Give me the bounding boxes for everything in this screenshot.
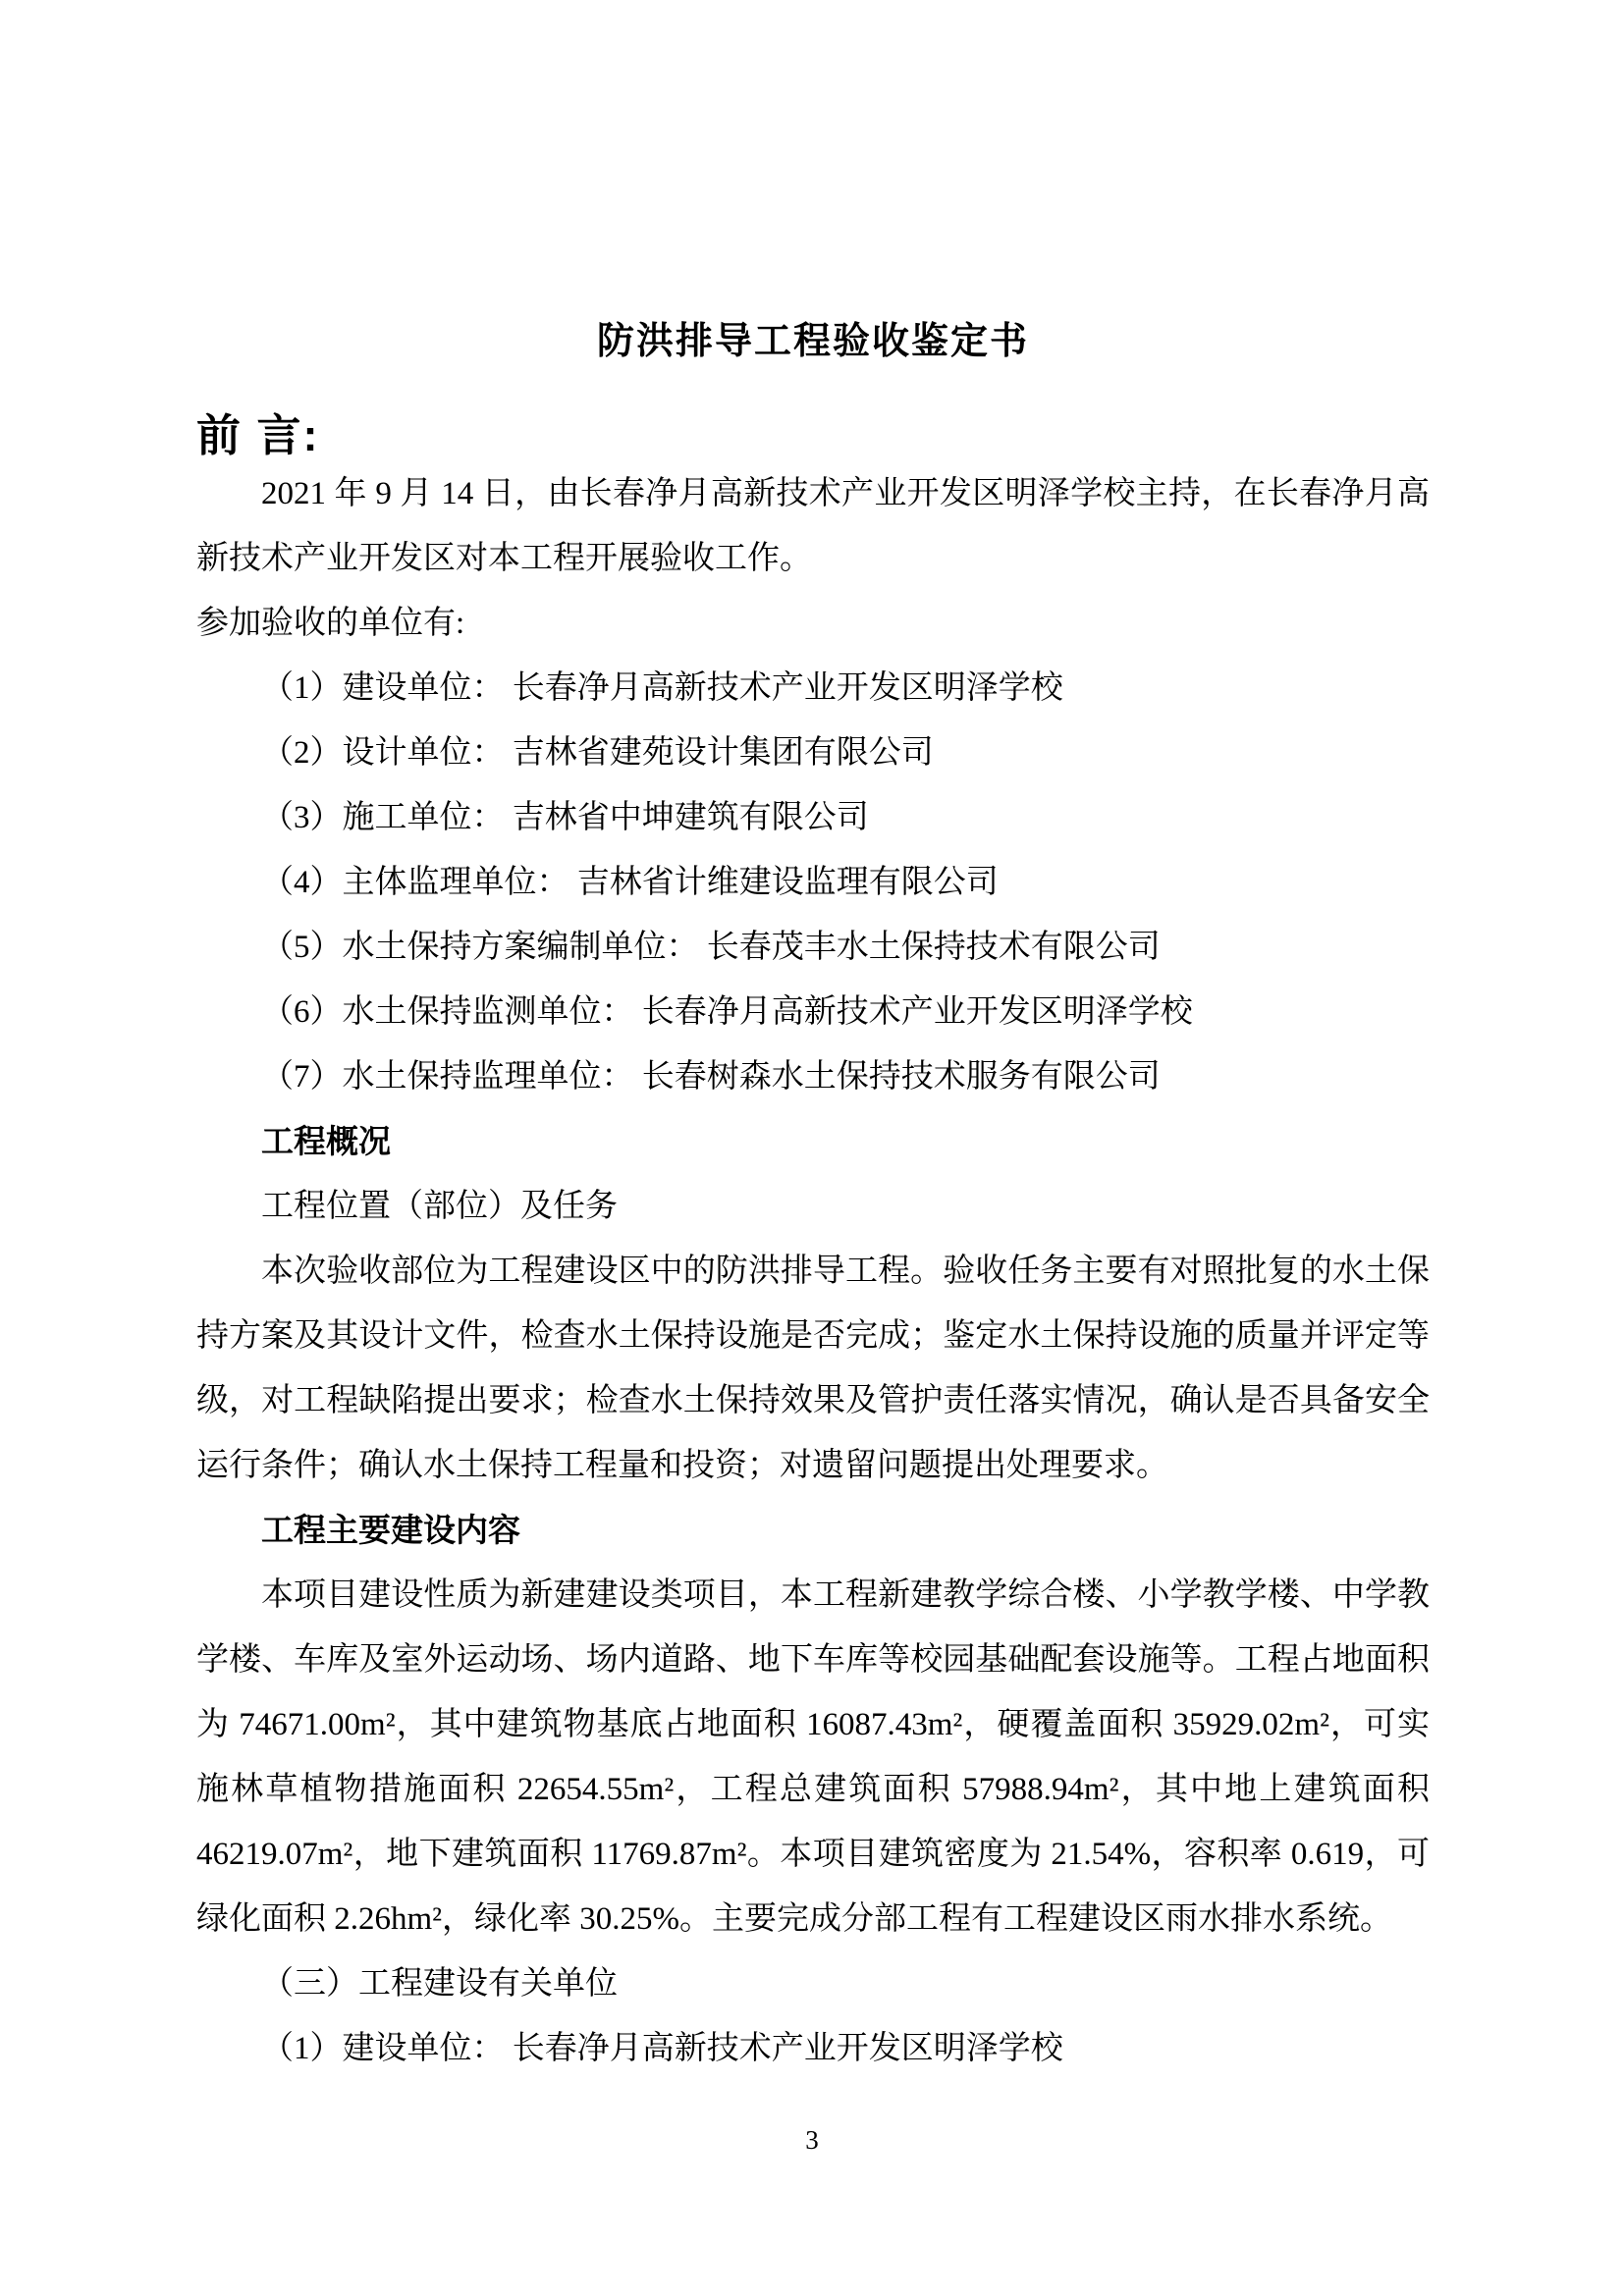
construction-line: 绿化面积 2.26hm²，绿化率 30.25%。主要完成分部工程有工程建设区雨水… <box>196 1887 1430 1951</box>
construction-heading: 工程主要建设内容 <box>196 1498 1430 1563</box>
document-content: 防洪排导工程验收鉴定书 前 言: 2021 年 9 月 14 日，由长春净月高新… <box>196 0 1430 2081</box>
unit-item-1: （1）建设单位： 长春净月高新技术产业开发区明泽学校 <box>196 656 1430 721</box>
unit-item-6: （6）水土保持监测单位： 长春净月高新技术产业开发区明泽学校 <box>196 980 1430 1044</box>
construction-line: 本项目建设性质为新建建设类项目，本工程新建教学综合楼、小学教学楼、中学教 <box>196 1563 1430 1628</box>
unit-item-3: （3）施工单位： 吉林省中坤建筑有限公司 <box>196 785 1430 850</box>
construction-line: 施林草植物措施面积 22654.55m²，工程总建筑面积 57988.94m²，… <box>196 1757 1430 1822</box>
foreword-heading: 前 言: <box>196 410 1430 461</box>
overview-subheading: 工程位置（部位）及任务 <box>196 1174 1430 1239</box>
overview-line: 运行条件；确认水土保持工程量和投资；对遗留问题提出处理要求。 <box>196 1433 1430 1498</box>
construction-line: 46219.07m²，地下建筑面积 11769.87m²。本项目建筑密度为 21… <box>196 1822 1430 1887</box>
unit-item-4: （4）主体监理单位： 吉林省计维建设监理有限公司 <box>196 850 1430 915</box>
construction-line: 学楼、车库及室外运动场、场内道路、地下车库等校园基础配套设施等。工程占地面积 <box>196 1628 1430 1692</box>
overview-line: 本次验收部位为工程建设区中的防洪排导工程。验收任务主要有对照批复的水土保 <box>196 1239 1430 1304</box>
overview-heading: 工程概况 <box>196 1109 1430 1174</box>
unit-item-2: （2）设计单位： 吉林省建苑设计集团有限公司 <box>196 721 1430 785</box>
foreword-line: 2021 年 9 月 14 日，由长春净月高新技术产业开发区明泽学校主持，在长春… <box>196 461 1430 526</box>
foreword-line: 新技术产业开发区对本工程开展验收工作。 <box>196 526 1430 591</box>
overview-line: 级，对工程缺陷提出要求；检查水土保持效果及管护责任落实情况，确认是否具备安全 <box>196 1368 1430 1433</box>
document-page: 防洪排导工程验收鉴定书 前 言: 2021 年 9 月 14 日，由长春净月高新… <box>0 0 1624 2296</box>
construction-unit-1: （1）建设单位： 长春净月高新技术产业开发区明泽学校 <box>196 2016 1430 2081</box>
participants-label: 参加验收的单位有: <box>196 591 1430 656</box>
subsection-heading: （三）工程建设有关单位 <box>196 1951 1430 2016</box>
document-title: 防洪排导工程验收鉴定书 <box>196 316 1430 367</box>
construction-line: 为 74671.00m²，其中建筑物基底占地面积 16087.43m²，硬覆盖面… <box>196 1692 1430 1757</box>
overview-line: 持方案及其设计文件，检查水土保持设施是否完成；鉴定水土保持设施的质量并评定等 <box>196 1304 1430 1368</box>
unit-item-7: （7）水土保持监理单位： 长春树森水土保持技术服务有限公司 <box>196 1044 1430 1109</box>
unit-item-5: （5）水土保持方案编制单位： 长春茂丰水土保持技术有限公司 <box>196 915 1430 980</box>
page-number: 3 <box>0 2120 1624 2160</box>
